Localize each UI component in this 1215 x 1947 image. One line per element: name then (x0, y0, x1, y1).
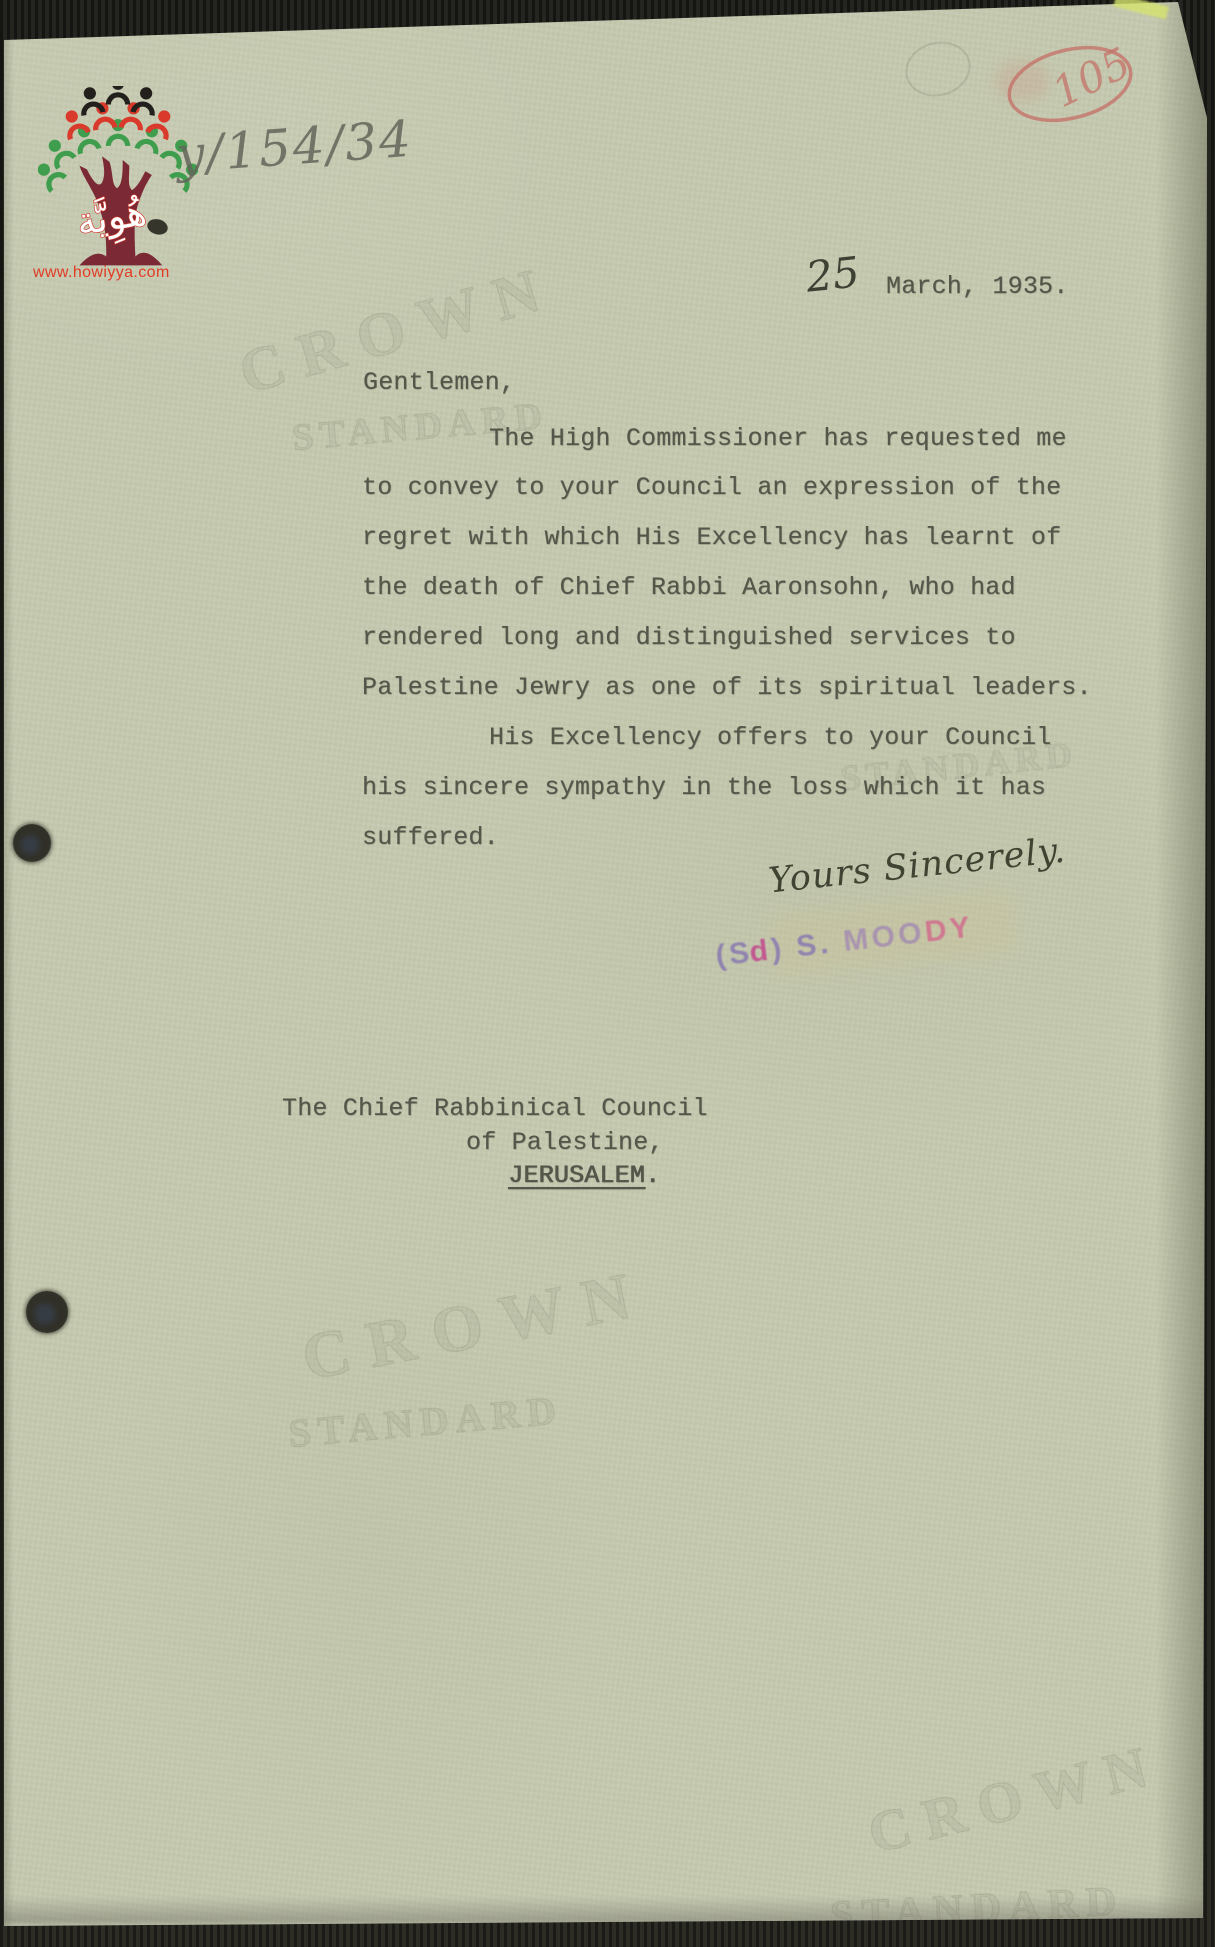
recipient-line1: The Chief Rabbinical Council (282, 1094, 708, 1123)
ghost-watermark-crown-mid: CROWN (296, 1255, 654, 1396)
date-typed: March, 1935. (886, 272, 1068, 301)
recipient-line2: of Palestine, (466, 1128, 664, 1157)
ghost-watermark-standard-mid: STANDARD (286, 1386, 564, 1457)
logo-beetle-blob (146, 217, 170, 237)
circled-number-annotation: 105 (1000, 40, 1145, 135)
right-edge-shadow (1155, 0, 1207, 1947)
recipient-city-period: . (645, 1161, 660, 1190)
letter-paper: CROWN STANDARD STANDARD CROWN STANDARD C… (0, 0, 1215, 1947)
stamp-part3: ) S. (769, 925, 845, 966)
para1-line1: The High Commissioner has requested me (489, 424, 1067, 453)
para1-line3: regret with which His Excellency has lea… (362, 523, 1061, 552)
para1-line5: rendered long and distinguished services… (362, 623, 1016, 652)
para1-line6: Palestine Jewry as one of its spiritual … (362, 673, 1092, 702)
date-day-handwritten: 25 (804, 247, 862, 301)
para2-line2: his sincere sympathy in the loss which i… (362, 773, 1046, 802)
ghost-watermark-crown-bottom: CROWN (861, 1730, 1167, 1867)
file-reference-annotation: y/154/34 (174, 110, 414, 184)
recipient-line3: JERUSALEM. (508, 1161, 660, 1190)
salutation: Gentlemen, (363, 368, 515, 397)
howiyya-tree-logo: هُوِيَّة (38, 86, 198, 266)
closing-handwritten: Yours Sincerely. (767, 831, 1068, 902)
howiyya-url: www.howiyya.com (33, 264, 170, 282)
stamp-part5: DY (923, 910, 975, 948)
recipient-city-underlined: JERUSALEM (508, 1161, 645, 1190)
para2-line1: His Excellency offers to your Council (489, 723, 1052, 752)
pencil-circle-mark (899, 34, 977, 103)
bottom-edge-smudge (0, 1896, 1215, 1924)
scanned-letter-page: CROWN STANDARD STANDARD CROWN STANDARD C… (0, 0, 1215, 1947)
para1-line4: the death of Chief Rabbi Aaronsohn, who … (362, 573, 1016, 602)
para2-line3: suffered. (362, 823, 499, 852)
punch-hole-top (13, 824, 51, 862)
para1-line2: to convey to your Council an expression … (362, 473, 1061, 502)
left-edge-shadow (0, 0, 14, 1947)
punch-hole-bottom (26, 1291, 68, 1333)
logo-canopy-figures (38, 86, 198, 193)
